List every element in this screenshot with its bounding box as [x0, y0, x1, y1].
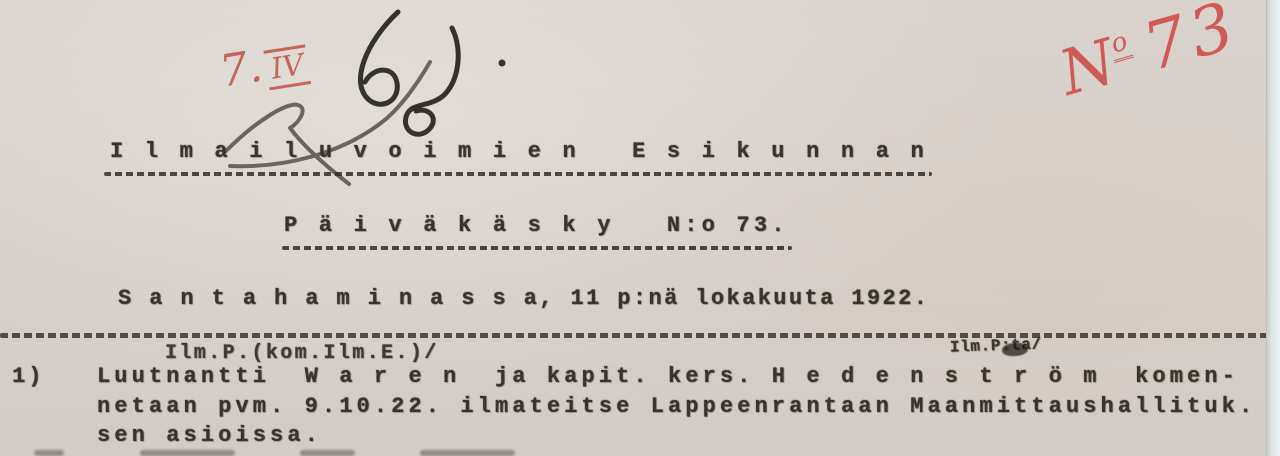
red-filing-mark: 7.IV	[217, 37, 312, 97]
red-filing-day: 7.	[216, 41, 265, 98]
routing-annotation-right: Ilm.P:ta/	[950, 335, 1042, 356]
heading-unit: I l m a i l u v o i m i e n E s i k u n …	[110, 139, 928, 164]
order-item-line-3: sen asioissa.	[97, 423, 322, 448]
heading-order-number: P ä i v ä k ä s k y N:o 73.	[284, 213, 789, 238]
heading-unit-underline	[104, 172, 932, 176]
separator-rule	[0, 333, 1270, 338]
red-number-stamp: No73	[1052, 0, 1245, 106]
red-number-value: 73	[1135, 0, 1247, 86]
order-item-line-2: netaan pvm. 9.10.22. ilmateitse Lappeenr…	[97, 394, 1256, 419]
ink-overstrike-smudge	[1002, 342, 1029, 357]
paper-edge	[1266, 0, 1280, 456]
cutoff-text-fragment	[34, 450, 64, 456]
red-filing-roman: IV	[263, 44, 311, 90]
document-scan: 7.IV No73 I l m a i l u v o i m i e n E …	[0, 0, 1280, 456]
order-item-number: 1)	[12, 364, 44, 389]
cutoff-text-fragment	[140, 450, 235, 456]
order-item-line-1: Luutnantti W a r e n ja kapit. kers. H e…	[97, 364, 1239, 389]
heading-order-underline	[282, 246, 792, 250]
cutoff-text-fragment	[300, 450, 355, 456]
routing-annotation-left: Ilm.P.(kom.Ilm.E.)/	[165, 342, 439, 365]
place-date-line: S a n t a h a m i n a s s a, 11 p:nä lok…	[118, 286, 929, 311]
cutoff-text-fragment	[420, 450, 515, 456]
